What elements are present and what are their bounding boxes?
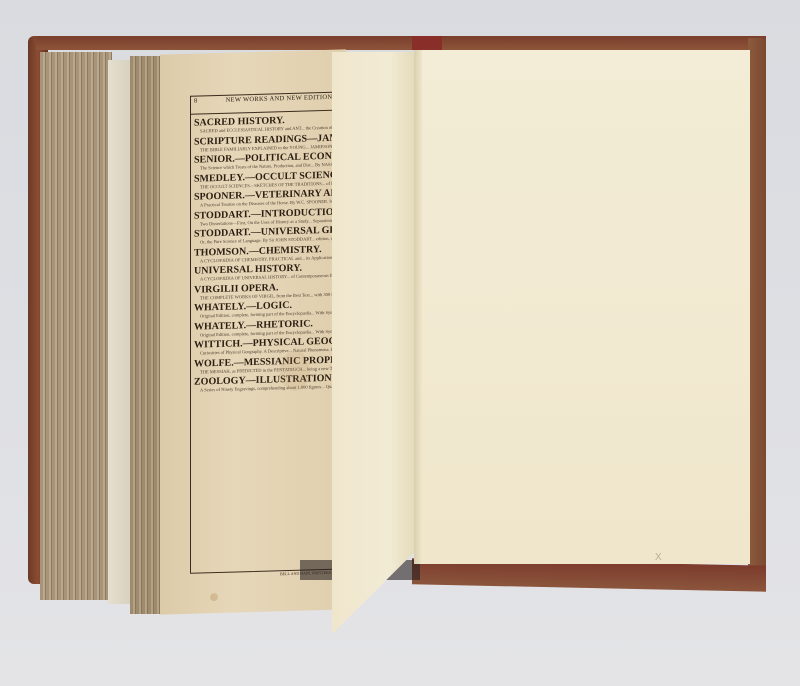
page-block-left	[40, 52, 112, 600]
entry: WOLFE.—MESSIANIC PROPHECIES.THE MESSIAH,…	[194, 353, 346, 374]
endpaper-pastedown	[414, 50, 750, 564]
entry: SACRED HISTORY.SACRED and ECCLESIASTICAL…	[194, 113, 346, 134]
entry: STODDART.—INTRODUCTION TO HISTORY.Two Di…	[194, 205, 346, 226]
flyleaf	[332, 52, 414, 634]
entry: SMEDLEY.—OCCULT SCIENCES.THE OCCULT SCIE…	[194, 168, 346, 189]
entry: WITTICH.—PHYSICAL GEOGRAPHY.Curiosities …	[194, 335, 346, 356]
foxing-stain	[210, 593, 218, 601]
entry: VIRGILII OPERA.THE COMPLETE WORKS OF VIR…	[194, 279, 346, 300]
entry: SPOONER.—VETERINARY ART.A Practical Trea…	[194, 187, 346, 208]
entry: ZOOLOGY—ILLUSTRATIONS OF.A Series of Nin…	[194, 372, 346, 393]
spine-band	[412, 36, 442, 50]
entry: SENIOR.—POLITICAL ECONOMY;The Science wh…	[194, 150, 346, 171]
pencil-mark: X	[655, 552, 662, 563]
entry: WHATELY.—RHETORIC.Original Edition, comp…	[194, 316, 346, 337]
advertisement-page: 8 NEW WORKS AND NEW EDITIONS. SACRED HIS…	[160, 49, 346, 614]
entry: UNIVERSAL HISTORY.A CYCLOPÆDIA OF UNIVER…	[194, 261, 346, 282]
entry-list: SACRED HISTORY.SACRED and ECCLESIASTICAL…	[194, 113, 346, 395]
entry: THOMSON.—CHEMISTRY.A CYCLOPÆDIA OF CHEMI…	[194, 242, 346, 263]
page-number: 8	[194, 98, 198, 105]
endpaper-hinge	[414, 50, 422, 564]
entry: SCRIPTURE READINGS—JAMIESON.THE BIBLE FA…	[194, 131, 346, 152]
cover-top-edge	[36, 36, 766, 50]
entry: STODDART.—UNIVERSAL GRAMMAR.Or, the Pure…	[194, 224, 346, 245]
front-cover-edge	[748, 38, 766, 590]
entry: WHATELY.—LOGIC.Original Edition, complet…	[194, 298, 346, 319]
